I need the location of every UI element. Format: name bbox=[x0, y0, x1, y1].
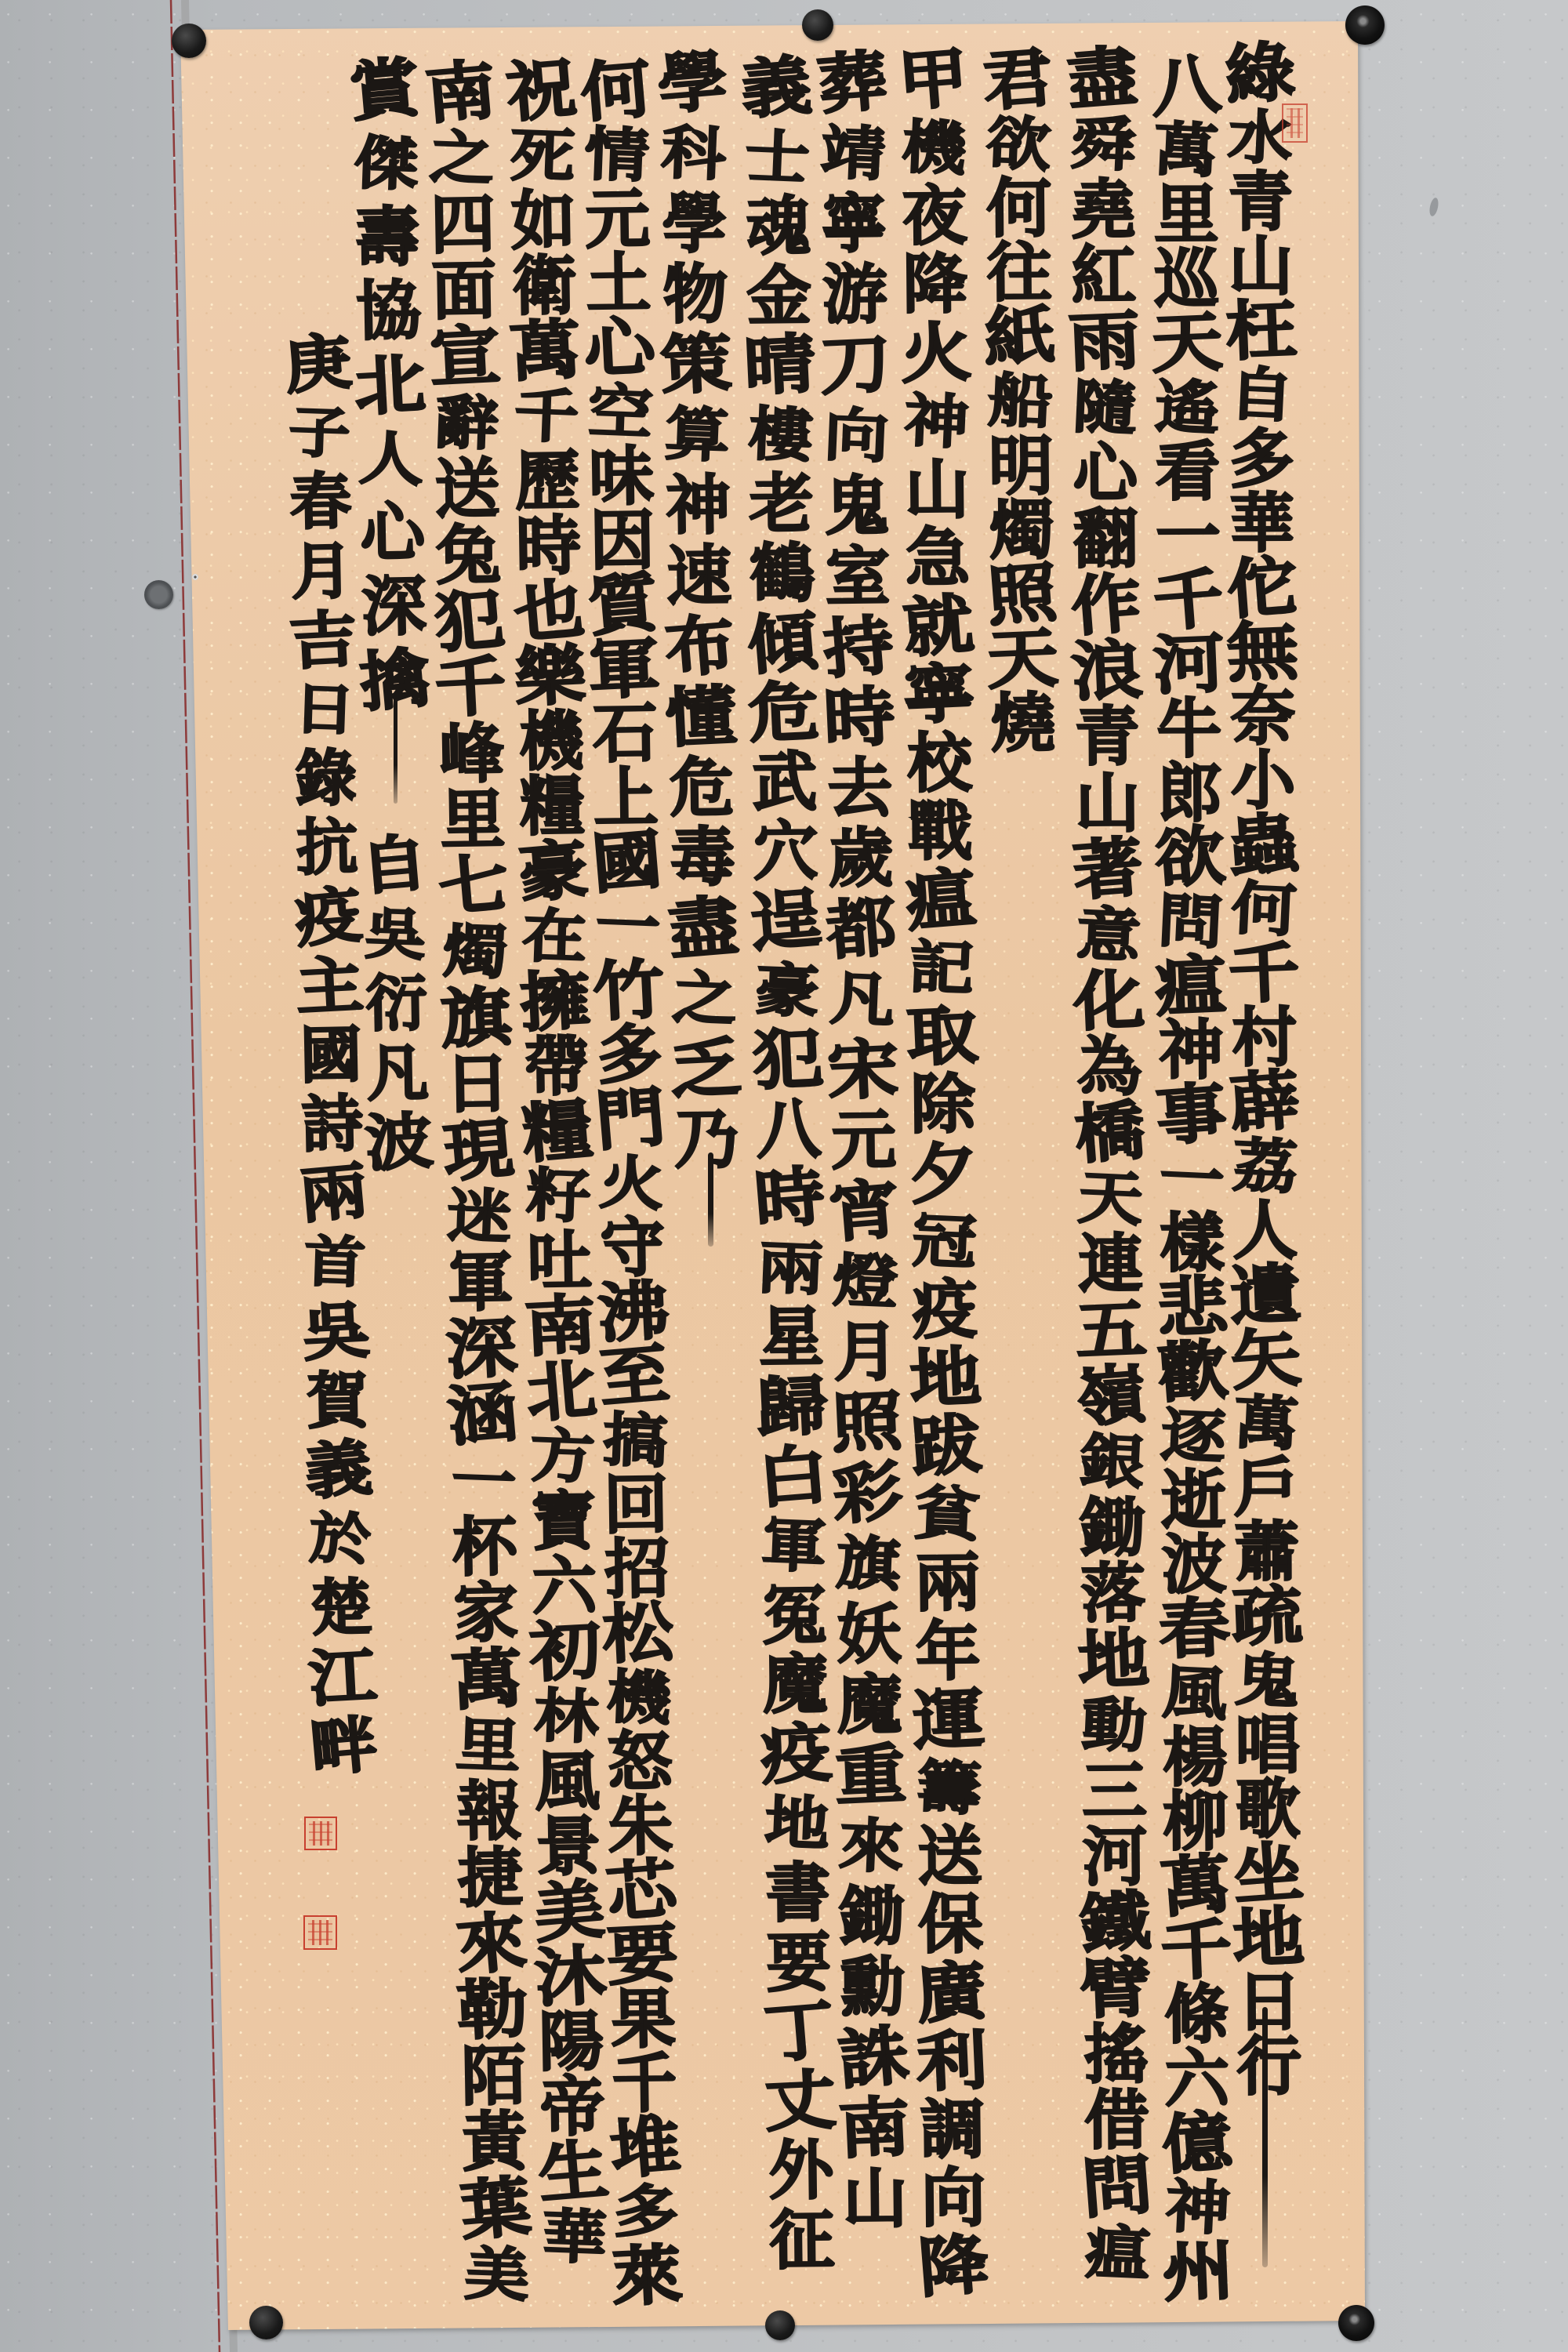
calligraphy-character: 帶 bbox=[524, 1035, 589, 1100]
calligraphy-character: 武 bbox=[752, 750, 817, 815]
calligraphy-character: 多 bbox=[1229, 428, 1294, 492]
calligraphy-character: 蟲 bbox=[1226, 811, 1300, 880]
calligraphy-character: 萬 bbox=[450, 1646, 524, 1715]
calligraphy-character: 深 bbox=[445, 1316, 518, 1384]
calligraphy-character: 堯 bbox=[1071, 179, 1136, 244]
calligraphy-character: 鶴 bbox=[750, 543, 815, 608]
calligraphy-character: 神 bbox=[903, 392, 970, 452]
calligraphy-character: 浪 bbox=[1070, 639, 1144, 706]
calligraphy-character: 四 bbox=[430, 193, 495, 258]
calligraphy-character: 家 bbox=[453, 1581, 518, 1646]
calligraphy-character: 彩 bbox=[830, 1460, 905, 1530]
calligraphy-character: 因 bbox=[590, 509, 655, 574]
calligraphy-character: 看 bbox=[1156, 441, 1220, 505]
calligraphy-character: 之 bbox=[671, 970, 738, 1030]
calligraphy-character: 軍 bbox=[448, 1251, 513, 1316]
calligraphy-character: 里 bbox=[440, 788, 505, 853]
calligraphy-character: 詩 bbox=[301, 1094, 363, 1156]
calligraphy-character: 歸 bbox=[755, 1374, 829, 1442]
calligraphy-character: 日 bbox=[1236, 1971, 1301, 2035]
calligraphy-character: 情 bbox=[583, 126, 650, 187]
calligraphy-character: 兩 bbox=[757, 1239, 824, 1299]
calligraphy-character: 七 bbox=[437, 851, 511, 921]
pin-bottom-left-icon bbox=[249, 2306, 283, 2339]
calligraphy-character: 何 bbox=[986, 177, 1051, 242]
calligraphy-character: 來 bbox=[454, 1910, 528, 1980]
calligraphy-character: 豪 bbox=[754, 961, 821, 1022]
calligraphy-character: 六 bbox=[532, 1555, 597, 1620]
calligraphy-character: 貧 bbox=[913, 1486, 980, 1546]
calligraphy-character: 神 bbox=[666, 474, 731, 539]
calligraphy-character: 落 bbox=[1080, 1563, 1145, 1628]
calligraphy-character: 火 bbox=[598, 1154, 665, 1214]
calligraphy-character: 地 bbox=[1077, 1627, 1151, 1694]
calligraphy-character: 萬 bbox=[1232, 1394, 1299, 1455]
calligraphy-character: 美 bbox=[532, 1878, 607, 1947]
calligraphy-character: 策 bbox=[659, 332, 733, 399]
calligraphy-character: 八 bbox=[1149, 53, 1223, 122]
calligraphy-character: 日 bbox=[293, 681, 356, 739]
text-column-3: 盡舜堯紅雨隨心翻作浪青山著意化為橋天連五嶺銀鋤落地動三河鐵臂搖借問瘟 bbox=[1055, 47, 1165, 2287]
calligraphy-character: 楚 bbox=[310, 1577, 372, 1639]
calligraphy-character: 穴 bbox=[753, 820, 818, 885]
calligraphy-character: 除 bbox=[910, 1073, 975, 1138]
calligraphy-character: 時 bbox=[516, 514, 581, 579]
calligraphy-character: 元 bbox=[831, 1109, 896, 1174]
calligraphy-character: 燒 bbox=[991, 692, 1056, 757]
calligraphy-character: 石 bbox=[593, 702, 658, 767]
calligraphy-character: 時 bbox=[753, 1165, 827, 1235]
calligraphy-character: 春 bbox=[1158, 1596, 1231, 1664]
calligraphy-character: 送 bbox=[434, 457, 499, 522]
calligraphy-character: 瘟 bbox=[904, 866, 978, 935]
calligraphy-character: 一 bbox=[451, 1452, 517, 1512]
calligraphy-character: 華 bbox=[1230, 492, 1294, 557]
calligraphy-character: 土 bbox=[586, 252, 652, 317]
calligraphy-character: 質 bbox=[586, 571, 660, 641]
calligraphy-character: 動 bbox=[1080, 1696, 1147, 1756]
calligraphy-character: 綠 bbox=[1223, 40, 1297, 109]
calligraphy-character: 於 bbox=[309, 1512, 372, 1569]
calligraphy-character: 晴 bbox=[743, 332, 817, 400]
calligraphy-character: 南 bbox=[423, 58, 498, 128]
calligraphy-character: 春 bbox=[289, 472, 351, 534]
calligraphy-character: 紅 bbox=[1072, 245, 1137, 310]
calligraphy-character: 祝 bbox=[504, 56, 579, 126]
calligraphy-character: 鋤 bbox=[840, 1885, 905, 1950]
calligraphy-character: 地 bbox=[764, 1795, 830, 1855]
calligraphy-character: 急 bbox=[906, 527, 971, 592]
calligraphy-character: 也 bbox=[512, 577, 586, 647]
calligraphy-character: 紙 bbox=[983, 304, 1057, 372]
calligraphy-character: 火 bbox=[899, 321, 973, 388]
calligraphy-character: 一 bbox=[594, 897, 661, 957]
calligraphy-character: 庚 bbox=[282, 331, 354, 397]
calligraphy-character: 來 bbox=[838, 1817, 905, 1877]
calligraphy-character: 機 bbox=[901, 119, 967, 180]
calligraphy-character: 神 bbox=[1164, 2178, 1231, 2239]
calligraphy-character: 州 bbox=[1162, 2239, 1235, 2307]
calligraphy-character: 華 bbox=[541, 2208, 608, 2268]
calligraphy-character: 子 bbox=[288, 405, 350, 463]
calligraphy-character: 夜 bbox=[902, 185, 967, 250]
calligraphy-character: 悲 bbox=[1156, 1275, 1229, 1342]
calligraphy-character: 山 bbox=[1229, 235, 1293, 299]
calligraphy-character: 冤 bbox=[762, 1584, 827, 1649]
calligraphy-character: 旗 bbox=[439, 985, 513, 1054]
calligraphy-character: 白 bbox=[756, 1443, 830, 1512]
calligraphy-character: 魂 bbox=[746, 195, 811, 260]
calligraphy-character: 千 bbox=[514, 387, 580, 447]
calligraphy-character: 涵 bbox=[445, 1381, 520, 1450]
calligraphy-character: 向 bbox=[823, 406, 890, 466]
calligraphy-character: 搖 bbox=[1084, 2024, 1149, 2089]
brush-tail-stroke bbox=[1262, 2007, 1268, 2267]
pin-top-right-icon bbox=[1345, 5, 1385, 45]
calligraphy-character: 豪 bbox=[516, 837, 590, 907]
calligraphy-character: 鋤 bbox=[1080, 1497, 1145, 1562]
calligraphy-character: 廣 bbox=[914, 1959, 989, 2029]
calligraphy-character: 意 bbox=[1075, 906, 1142, 966]
calligraphy-character: 燭 bbox=[442, 923, 509, 983]
calligraphy-character: 空 bbox=[587, 383, 654, 444]
calligraphy-character: 山 bbox=[1075, 771, 1140, 837]
calligraphy-character: 勳 bbox=[840, 1955, 906, 2020]
calligraphy-character: 無 bbox=[1226, 619, 1299, 686]
calligraphy-character: 如 bbox=[511, 189, 576, 254]
calligraphy-character: 事 bbox=[1155, 1081, 1229, 1150]
calligraphy-character: 風 bbox=[1161, 1664, 1228, 1725]
calligraphy-character: 怒 bbox=[608, 1730, 673, 1795]
calligraphy-character: 人 bbox=[1233, 1200, 1298, 1264]
calligraphy-character: 降 bbox=[902, 253, 967, 318]
calligraphy-character: 凡 bbox=[829, 971, 895, 1031]
calligraphy-character: 擁 bbox=[518, 968, 592, 1036]
calligraphy-character: 兔 bbox=[436, 524, 501, 589]
calligraphy-character: 回 bbox=[604, 1473, 669, 1538]
calligraphy-character: 壽 bbox=[354, 205, 419, 270]
calligraphy-character: 神 bbox=[1159, 1019, 1223, 1083]
calligraphy-character: 時 bbox=[822, 685, 896, 753]
calligraphy-character: 首 bbox=[303, 1235, 366, 1292]
brush-tail-stroke bbox=[394, 694, 397, 804]
calligraphy-character: 鬼 bbox=[825, 474, 890, 539]
calligraphy-character: 葉 bbox=[459, 2174, 533, 2244]
calligraphy-character: 青 bbox=[1075, 706, 1140, 771]
calligraphy-character: 糧 bbox=[520, 775, 585, 840]
calligraphy-character: 國 bbox=[299, 1025, 361, 1087]
calligraphy-character: 竹 bbox=[592, 958, 666, 1025]
calligraphy-character: 舜 bbox=[1069, 114, 1136, 175]
calligraphy-character: 銀 bbox=[1079, 1432, 1145, 1493]
calligraphy-character: 多 bbox=[613, 2183, 680, 2243]
calligraphy-character: 朱 bbox=[608, 1795, 673, 1860]
calligraphy-character: 歡 bbox=[1156, 1338, 1230, 1407]
calligraphy-character: 千 bbox=[434, 655, 507, 723]
calligraphy-character: 宋 bbox=[826, 1037, 900, 1105]
calligraphy-character: 義 bbox=[739, 54, 814, 124]
calligraphy-character: 妖 bbox=[837, 1602, 902, 1668]
calligraphy-character: 利 bbox=[915, 2028, 989, 2096]
calligraphy-character: 風 bbox=[535, 1750, 600, 1815]
calligraphy-character: 沐 bbox=[533, 1944, 607, 2012]
calligraphy-character: 重 bbox=[833, 1743, 907, 1810]
calligraphy-character: 物 bbox=[663, 263, 728, 328]
calligraphy-character: 死 bbox=[510, 127, 576, 187]
calligraphy-character: 在 bbox=[521, 907, 588, 967]
calligraphy-character: 丁 bbox=[762, 1998, 837, 2068]
calligraphy-character: 借 bbox=[1084, 2089, 1149, 2154]
calligraphy-character: 士 bbox=[744, 128, 811, 188]
calligraphy-character: 降 bbox=[916, 2232, 991, 2302]
calligraphy-character: 枉 bbox=[1225, 298, 1298, 365]
calligraphy-character: 之 bbox=[429, 129, 495, 190]
calligraphy-character: 鬼 bbox=[1234, 1651, 1301, 1712]
calligraphy-character: 逐 bbox=[1160, 1406, 1226, 1468]
calligraphy-character: 丈 bbox=[764, 2069, 837, 2136]
calligraphy-character: 月 bbox=[833, 1321, 898, 1386]
calligraphy-character: 旗 bbox=[835, 1534, 902, 1595]
calligraphy-character: 著 bbox=[1071, 835, 1145, 905]
calligraphy-character: 老 bbox=[749, 473, 814, 538]
calligraphy-character: 學 bbox=[662, 192, 727, 257]
calligraphy-character: 送 bbox=[917, 1825, 982, 1890]
calligraphy-character: 兩 bbox=[915, 1552, 980, 1617]
calligraphy-character: 河 bbox=[1152, 632, 1225, 699]
calligraphy-character: 帝 bbox=[539, 2075, 604, 2140]
calligraphy-character: 陌 bbox=[461, 2045, 526, 2110]
calligraphy-character: 歲 bbox=[829, 827, 894, 892]
calligraphy-character: 向 bbox=[920, 2166, 985, 2231]
calligraphy-character: 星 bbox=[759, 1306, 824, 1371]
calligraphy-character: 籽 bbox=[525, 1167, 592, 1228]
calligraphy-character: 要 bbox=[766, 1931, 831, 1996]
calligraphy-character: 蕭 bbox=[1235, 1521, 1299, 1585]
calligraphy-character: 里 bbox=[455, 1716, 521, 1777]
calligraphy-character: 瘟 bbox=[1084, 2223, 1151, 2284]
calligraphy-character: 賀 bbox=[307, 1370, 368, 1432]
calligraphy-character: 辭 bbox=[433, 394, 499, 454]
calligraphy-character: 景 bbox=[535, 1815, 601, 1880]
calligraphy-character: 傾 bbox=[746, 609, 820, 679]
calligraphy-character: 往 bbox=[987, 241, 1052, 307]
calligraphy-character: 保 bbox=[918, 1893, 983, 1958]
calligraphy-character: 果 bbox=[611, 1987, 676, 2053]
calligraphy-character: 危 bbox=[747, 680, 821, 747]
calligraphy-character: 船 bbox=[987, 372, 1054, 433]
calligraphy-character: 千 bbox=[1152, 567, 1226, 636]
calligraphy-character: 取 bbox=[906, 1004, 979, 1071]
calligraphy-character: 吐 bbox=[527, 1230, 592, 1295]
calligraphy-character: 橋 bbox=[1073, 1098, 1147, 1168]
calligraphy-character: 寶 bbox=[531, 1490, 596, 1555]
name-seal-1 bbox=[304, 1817, 337, 1850]
calligraphy-character: 冠 bbox=[911, 1212, 978, 1272]
calligraphy-character: 逝 bbox=[1161, 1469, 1225, 1534]
calligraphy-character: 疫 bbox=[292, 884, 364, 951]
calligraphy-character: 科 bbox=[660, 124, 727, 184]
calligraphy-character: 千 bbox=[612, 2052, 677, 2117]
calligraphy-character: 千 bbox=[1228, 941, 1301, 1007]
calligraphy-character: 盡 bbox=[666, 895, 741, 964]
calligraphy-character: 鐵 bbox=[1078, 1889, 1152, 1959]
calligraphy-character: 兩 bbox=[298, 1160, 369, 1227]
calligraphy-character: 樂 bbox=[514, 643, 587, 710]
calligraphy-character: 機 bbox=[519, 710, 584, 775]
calligraphy-character: 報 bbox=[456, 1780, 521, 1845]
calligraphy-character: 楊 bbox=[1163, 1726, 1227, 1791]
calligraphy-character: 遙 bbox=[1154, 378, 1221, 439]
calligraphy-character: 天 bbox=[1077, 1169, 1144, 1229]
calligraphy-character: 賞 bbox=[347, 56, 422, 125]
calligraphy-character: 糧 bbox=[520, 1098, 594, 1167]
calligraphy-character: 萬 bbox=[1152, 121, 1219, 182]
calligraphy-character: 游 bbox=[822, 263, 887, 328]
calligraphy-character: 抗 bbox=[296, 817, 358, 879]
calligraphy-character: 奈 bbox=[1231, 685, 1295, 750]
calligraphy-character: 樣 bbox=[1160, 1212, 1224, 1276]
calligraphy-character: 村 bbox=[1232, 1007, 1297, 1071]
calligraphy-character: 捷 bbox=[458, 1846, 523, 1911]
column-text: 盡舜堯紅雨隨心翻作浪青山著意化為橋天連五嶺銀鋤落地動三河鐵臂搖借問瘟 bbox=[1055, 47, 1165, 2287]
calligraphy-character: 魔 bbox=[763, 1653, 828, 1719]
calligraphy-character: 機 bbox=[606, 1668, 673, 1729]
calligraphy-character: 危 bbox=[670, 756, 735, 821]
calligraphy-character: 國 bbox=[590, 828, 664, 898]
calligraphy-character: 都 bbox=[824, 895, 898, 965]
calligraphy-character: 條 bbox=[1164, 1984, 1229, 2048]
calligraphy-character: 郎 bbox=[1157, 762, 1221, 826]
calligraphy-character: 戶 bbox=[1234, 1457, 1298, 1521]
calligraphy-character: 初 bbox=[528, 1619, 602, 1686]
calligraphy-character: 欲 bbox=[1153, 824, 1228, 893]
calligraphy-character: 學 bbox=[655, 49, 730, 118]
calligraphy-character: 照 bbox=[830, 1390, 904, 1457]
calligraphy-character: 深 bbox=[361, 575, 426, 640]
calligraphy-character: 寧 bbox=[822, 192, 887, 257]
calligraphy-character: 君 bbox=[981, 46, 1055, 116]
calligraphy-character: 巡 bbox=[1154, 248, 1218, 312]
calligraphy-character: 林 bbox=[533, 1688, 600, 1748]
calligraphy-character: 南 bbox=[837, 2095, 911, 2162]
calligraphy-character: 傑 bbox=[353, 135, 419, 195]
calligraphy-character: 薜 bbox=[1228, 1069, 1301, 1138]
calligraphy-character: 地 bbox=[909, 1345, 982, 1413]
calligraphy-character: 犯 bbox=[432, 587, 506, 657]
calligraphy-character: 布 bbox=[662, 612, 737, 682]
calligraphy-character: 連 bbox=[1079, 1233, 1144, 1298]
calligraphy-character: 吉 bbox=[288, 608, 358, 673]
calligraphy-character: 誅 bbox=[837, 2024, 911, 2093]
calligraphy-character: 河 bbox=[1083, 1826, 1148, 1891]
calligraphy-character: 燈 bbox=[832, 1253, 898, 1313]
calligraphy-character: 魔 bbox=[837, 1673, 902, 1738]
calligraphy-character: 乏 bbox=[669, 1036, 742, 1104]
calligraphy-character: 室 bbox=[826, 545, 891, 610]
calligraphy-character: 現 bbox=[441, 1116, 515, 1186]
calligraphy-character: 燭 bbox=[989, 499, 1054, 564]
calligraphy-character: 方 bbox=[529, 1428, 596, 1488]
calligraphy-character: 日 bbox=[445, 1053, 510, 1118]
calligraphy-character: 青 bbox=[1229, 171, 1293, 235]
calligraphy-character: 勒 bbox=[456, 1977, 529, 2045]
calligraphy-character: 隨 bbox=[1072, 379, 1138, 439]
calligraphy-character: 一 bbox=[1156, 505, 1220, 569]
calligraphy-character: 搞 bbox=[602, 1411, 669, 1472]
calligraphy-character: 嶺 bbox=[1075, 1363, 1149, 1432]
calligraphy-character: 調 bbox=[920, 2098, 985, 2163]
pin-top-left-icon bbox=[172, 24, 206, 58]
calligraphy-character: 欲 bbox=[985, 114, 1051, 175]
calligraphy-character: 生 bbox=[536, 2138, 611, 2208]
calligraphy-character: 何 bbox=[1230, 880, 1297, 941]
calligraphy-character: 年 bbox=[916, 1620, 981, 1685]
calligraphy-character: 杯 bbox=[452, 1515, 517, 1581]
calligraphy-character: 三 bbox=[1082, 1760, 1147, 1825]
calligraphy-character: 心 bbox=[583, 315, 656, 383]
calligraphy-character: 味 bbox=[589, 445, 654, 510]
screw-icon bbox=[192, 574, 198, 580]
calligraphy-character: 去 bbox=[828, 757, 893, 822]
calligraphy-character: 宵 bbox=[827, 1178, 902, 1247]
calligraphy-character: 乃 bbox=[674, 1108, 739, 1173]
calligraphy-character: 小 bbox=[1231, 750, 1295, 814]
calligraphy-character: 南 bbox=[524, 1294, 597, 1361]
calligraphy-character: 天 bbox=[1150, 310, 1223, 378]
calligraphy-character: 山 bbox=[905, 459, 970, 524]
calligraphy-character: 籌 bbox=[916, 1759, 982, 1819]
calligraphy-character: 衛 bbox=[512, 254, 577, 319]
calligraphy-character: 牛 bbox=[1157, 698, 1221, 762]
calligraphy-character: 算 bbox=[664, 406, 731, 466]
calligraphy-character: 葬 bbox=[815, 49, 890, 119]
calligraphy-character: 毒 bbox=[670, 826, 735, 891]
calligraphy-character: 畔 bbox=[308, 1714, 379, 1780]
calligraphy-character: 山 bbox=[843, 2167, 908, 2232]
calligraphy-character: 波 bbox=[1162, 1534, 1226, 1598]
calligraphy-character: 柳 bbox=[1163, 1791, 1228, 1855]
calligraphy-character: 陽 bbox=[539, 2010, 604, 2075]
head-seal bbox=[1282, 103, 1308, 143]
calligraphy-character: 就 bbox=[902, 593, 976, 662]
calligraphy-character: 懂 bbox=[664, 684, 738, 752]
calligraphy-character: 問 bbox=[1080, 2153, 1155, 2223]
calligraphy-character: 跋 bbox=[909, 1413, 983, 1483]
calligraphy-character: 一 bbox=[1159, 1149, 1225, 1210]
calligraphy-character: 校 bbox=[907, 731, 972, 797]
brush-tail-stroke bbox=[708, 1152, 713, 1247]
pin-top-middle-icon bbox=[802, 9, 833, 41]
calligraphy-character: 荔 bbox=[1232, 1137, 1298, 1198]
calligraphy-character: 雨 bbox=[1068, 309, 1142, 376]
calligraphy-character: 翻 bbox=[1073, 508, 1138, 573]
calligraphy-character: 征 bbox=[770, 2209, 835, 2274]
calligraphy-character: 唱 bbox=[1236, 1714, 1300, 1778]
calligraphy-character: 北 bbox=[524, 1358, 598, 1428]
calligraphy-character: 招 bbox=[604, 1537, 670, 1602]
calligraphy-character: 疫 bbox=[913, 1278, 978, 1343]
calligraphy-character: 萬 bbox=[509, 318, 583, 386]
calligraphy-character: 上 bbox=[593, 766, 659, 831]
calligraphy-character: 面 bbox=[431, 259, 496, 324]
calligraphy-character: 自 bbox=[1228, 365, 1294, 426]
calligraphy-character: 協 bbox=[356, 280, 421, 345]
calligraphy-character: 元 bbox=[585, 187, 650, 252]
calligraphy-character: 化 bbox=[1073, 968, 1146, 1036]
calligraphy-character: 逞 bbox=[750, 887, 824, 956]
calligraphy-character: 靖 bbox=[820, 124, 887, 184]
calligraphy-character: 犯 bbox=[751, 1027, 825, 1094]
